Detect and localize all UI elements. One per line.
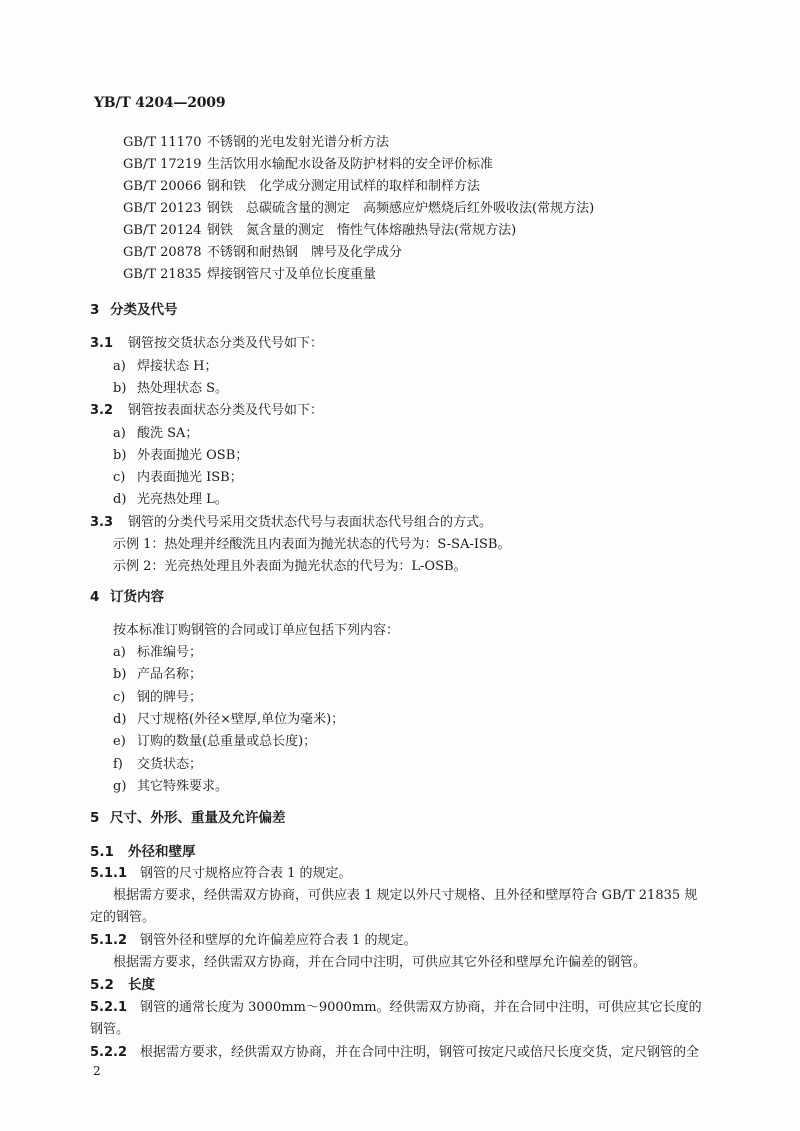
list-item: b)热处理状态 S。 bbox=[113, 377, 228, 396]
page-number: 2 bbox=[93, 1064, 101, 1078]
list-item: a)焊接状态 H； bbox=[113, 355, 217, 374]
clause-5-1-1: 5.1.1钢管的尺寸规格应符合表 1 的规定。 bbox=[90, 862, 352, 881]
section-heading-4: 4订货内容 bbox=[90, 585, 164, 605]
reference-title: 不锈钢和耐热钢 牌号及化学成分 bbox=[207, 245, 402, 260]
list-item: f)交货状态； bbox=[113, 753, 202, 772]
list-item: g)其它特殊要求。 bbox=[113, 775, 228, 794]
reference-list: GB/T 11170不锈钢的光电发射光谱分析方法 GB/T 17219生活饮用水… bbox=[123, 132, 594, 286]
reference-item: GB/T 20123钢铁 总碳硫含量的测定 高频感应炉燃烧后红外吸收法(常规方法… bbox=[123, 198, 594, 220]
list-item: a)标准编号； bbox=[113, 641, 202, 660]
paragraph: 根据需方要求，经供需双方协商，并在合同中注明，可供应其它外径和壁厚允许偏差的钢管… bbox=[113, 951, 646, 970]
list-item: c)内表面抛光 ISB； bbox=[113, 466, 243, 485]
reference-code: GB/T 20124 bbox=[123, 220, 207, 242]
clause-5-2-2: 5.2.2根据需方要求，经供需双方协商，并在合同中注明，钢管可按定尺或倍尺长度交… bbox=[90, 1041, 699, 1060]
reference-item: GB/T 20878不锈钢和耐热钢 牌号及化学成分 bbox=[123, 242, 594, 264]
clause-3-1: 3.1钢管按交货状态分类及代号如下： bbox=[90, 332, 323, 351]
reference-code: GB/T 20123 bbox=[123, 198, 207, 220]
reference-code: GB/T 21835 bbox=[123, 264, 207, 286]
list-item: c)钢的牌号； bbox=[113, 686, 202, 705]
paragraph: 钢管。 bbox=[90, 1018, 129, 1037]
clause-5-2-1: 5.2.1钢管的通常长度为 3000mm～9000mm。经供需双方协商，并在合同… bbox=[90, 996, 702, 1015]
clause-3-3: 3.3钢管的分类代号采用交货状态代号与表面状态代号组合的方式。 bbox=[90, 511, 492, 530]
subsection-heading-5-1: 5.1外径和壁厚 bbox=[90, 840, 196, 860]
list-item: b)产品名称； bbox=[113, 663, 202, 682]
reference-item: GB/T 17219生活饮用水输配水设备及防护材料的安全评价标准 bbox=[123, 154, 594, 176]
reference-item: GB/T 20066钢和铁 化学成分测定用试样的取样和制样方法 bbox=[123, 176, 594, 198]
paragraph: 定的钢管。 bbox=[90, 906, 155, 925]
section-heading-5: 5尺寸、外形、重量及允许偏差 bbox=[90, 806, 286, 826]
list-item: b)外表面抛光 OSB； bbox=[113, 444, 248, 463]
reference-code: GB/T 11170 bbox=[123, 132, 207, 154]
reference-code: GB/T 20878 bbox=[123, 242, 207, 264]
clause-3-2: 3.2钢管按表面状态分类及代号如下： bbox=[90, 399, 323, 418]
subsection-heading-5-2: 5.2长度 bbox=[90, 973, 155, 993]
reference-code: GB/T 17219 bbox=[123, 154, 207, 176]
reference-item: GB/T 11170不锈钢的光电发射光谱分析方法 bbox=[123, 132, 594, 154]
reference-title: 不锈钢的光电发射光谱分析方法 bbox=[207, 135, 389, 150]
reference-code: GB/T 20066 bbox=[123, 176, 207, 198]
example-2: 示例 2：光亮热处理且外表面为抛光状态的代号为：L-OSB。 bbox=[113, 555, 467, 574]
reference-title: 钢和铁 化学成分测定用试样的取样和制样方法 bbox=[207, 179, 480, 194]
document-number: YB/T 4204—2009 bbox=[94, 95, 225, 111]
reference-item: GB/T 20124钢铁 氮含量的测定 惰性气体熔融热导法(常规方法) bbox=[123, 220, 594, 242]
reference-title: 焊接钢管尺寸及单位长度重量 bbox=[207, 267, 376, 282]
example-1: 示例 1：热处理并经酸洗且内表面为抛光状态的代号为：S-SA-ISB。 bbox=[113, 533, 510, 552]
list-item: d)尺寸规格(外径×壁厚,单位为毫米)； bbox=[113, 708, 344, 727]
list-item: d)光亮热处理 L。 bbox=[113, 488, 228, 507]
reference-title: 钢铁 氮含量的测定 惰性气体熔融热导法(常规方法) bbox=[207, 223, 516, 238]
list-item: a)酸洗 SA； bbox=[113, 422, 198, 441]
reference-item: GB/T 21835焊接钢管尺寸及单位长度重量 bbox=[123, 264, 594, 286]
list-item: e)订购的数量(总重量或总长度)； bbox=[113, 730, 316, 749]
clause-5-1-2: 5.1.2钢管外径和壁厚的允许偏差应符合表 1 的规定。 bbox=[90, 929, 417, 948]
reference-title: 钢铁 总碳硫含量的测定 高频感应炉燃烧后红外吸收法(常规方法) bbox=[207, 201, 594, 216]
paragraph: 根据需方要求，经供需双方协商，可供应表 1 规定以外尺寸规格、且外径和壁厚符合 … bbox=[113, 884, 697, 903]
order-intro: 按本标准订购钢管的合同或订单应包括下列内容： bbox=[113, 619, 399, 638]
reference-title: 生活饮用水输配水设备及防护材料的安全评价标准 bbox=[207, 157, 493, 172]
section-heading-3: 3分类及代号 bbox=[90, 298, 178, 318]
